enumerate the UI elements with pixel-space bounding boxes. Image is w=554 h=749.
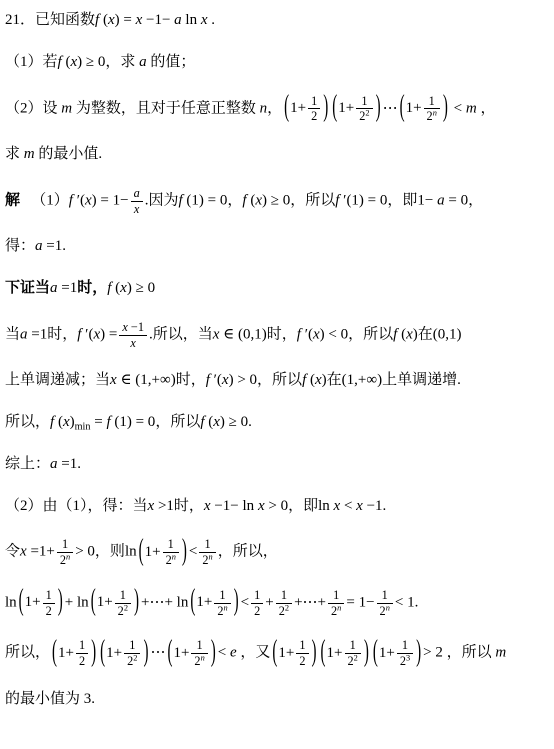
math-segment: 2n: [60, 553, 70, 567]
left-paren: (: [166, 631, 173, 676]
math-segment: 1: [333, 588, 339, 602]
fraction: 12: [296, 638, 308, 669]
left-paren: (: [138, 530, 145, 575]
math-segment: 1− a = 0: [417, 192, 468, 208]
math-segment: 1+: [173, 643, 189, 665]
math-segment: 1: [281, 588, 287, 602]
text-segment: .因为: [145, 192, 179, 208]
math-segment: 2: [133, 653, 137, 662]
text-segment: 时，: [267, 326, 297, 342]
math-segment: 1: [129, 638, 135, 652]
math-segment: 3: [406, 653, 410, 662]
fraction-denominator: 22: [124, 653, 140, 669]
text-segment: 求: [5, 146, 20, 162]
fraction: 122: [356, 94, 372, 125]
right-paren: ): [322, 86, 329, 131]
left-paren: (: [18, 581, 25, 626]
text-segment: （1）若: [5, 54, 58, 70]
math-segment: f (x): [302, 372, 327, 388]
left-paren: (: [189, 581, 196, 626]
document-line-solution-part2-start: （2）由（1），得：当x >1时，x −1− ln x > 0，即ln x < …: [5, 496, 548, 518]
math-segment: 1+: [145, 542, 161, 564]
superscript: n: [433, 109, 437, 118]
text-segment: ，: [267, 100, 282, 116]
right-paren: ): [233, 581, 240, 626]
fraction-numerator: 1: [345, 638, 361, 653]
left-paren: (: [99, 631, 106, 676]
parenthesized-group: (1+122): [99, 638, 149, 669]
math-segment: 22: [118, 604, 128, 618]
text-segment: ，: [227, 192, 242, 208]
text-segment: 的值；: [150, 54, 195, 70]
text-segment: ，所以: [447, 645, 492, 661]
text-segment: 在: [327, 372, 342, 388]
math-segment: n: [201, 653, 205, 662]
fraction-denominator: 2n: [377, 603, 393, 619]
fraction: 122: [115, 588, 131, 619]
math-segment: x: [134, 202, 139, 216]
math-segment: 2: [46, 604, 52, 618]
text-segment: .所以，当: [149, 326, 213, 342]
math-segment: 1: [120, 588, 126, 602]
parenthesized-group: (1+12): [51, 638, 97, 669]
fraction: ax: [131, 186, 143, 217]
superscript: n: [209, 552, 213, 561]
math-segment: + ln: [65, 594, 89, 610]
math-segment: 2n: [331, 604, 341, 618]
fraction: 12n: [191, 638, 207, 669]
math-segment: 1+: [25, 592, 41, 614]
fraction-denominator: 2n: [328, 603, 344, 619]
parenthesized-group: (1+123): [372, 638, 422, 669]
math-segment: n: [386, 603, 390, 612]
text-segment: ，所以: [257, 372, 302, 388]
text-segment: .: [62, 238, 66, 254]
text-segment: .: [91, 691, 95, 707]
math-segment: ln: [5, 594, 17, 610]
left-paren: (: [372, 631, 379, 676]
text-segment: ，即: [387, 192, 417, 208]
document-line-problem-heading: 21．已知函数f (x) = x −1− a ln x .: [5, 10, 548, 32]
text-segment: 得：: [5, 238, 35, 254]
text-segment: ，又: [240, 645, 270, 661]
math-segment: 1: [299, 638, 305, 652]
math-segment: x >1: [148, 498, 174, 514]
math-segment: = 1−: [346, 594, 374, 610]
right-paren: ): [311, 631, 318, 676]
math-segment: 2n: [202, 553, 212, 567]
math-segment: n: [433, 109, 437, 118]
fraction-denominator: 2: [43, 603, 55, 619]
text-segment: ，则: [95, 544, 125, 560]
math-segment: ln x < x −1: [318, 498, 382, 514]
fraction: 122: [276, 588, 292, 619]
parenthesized-group: (1+12n): [189, 588, 239, 619]
document-line-proof-monotonic-increase: 上单调递减；当x ∈ (1,+∞)时，f ′(x) > 0，所以f (x)在(1…: [5, 370, 548, 392]
math-segment: ⋯: [150, 645, 165, 661]
math-segment: 1: [62, 537, 68, 551]
fraction-numerator: 1: [76, 638, 88, 653]
math-segment: 1+: [106, 643, 122, 665]
math-segment: n: [209, 552, 213, 561]
fraction-denominator: 2n: [57, 552, 73, 568]
text-segment: 21．已知函数: [5, 12, 95, 28]
document-line-product-inequality: 所以，(1+12)(1+122)⋯(1+12n)< e ，又(1+12)(1+1…: [5, 638, 548, 669]
superscript: 2: [124, 603, 128, 612]
math-segment: a =1: [50, 280, 77, 296]
text-segment: 时，: [176, 372, 206, 388]
bold-text-segment: 解: [5, 192, 20, 208]
math-segment: x −1− ln x > 0: [204, 498, 288, 514]
parenthesized-group: (1+12): [271, 638, 317, 669]
fraction-numerator: 1: [43, 588, 55, 603]
text-segment: ，所以，: [218, 544, 278, 560]
right-paren: ): [442, 86, 449, 131]
fraction-numerator: 1: [163, 537, 179, 552]
math-segment: <: [241, 594, 249, 610]
fraction-numerator: 1: [356, 94, 372, 109]
text-segment: 所以，: [5, 645, 50, 661]
superscript: n: [337, 603, 341, 612]
right-paren: ): [133, 581, 140, 626]
math-segment: 1+: [290, 98, 306, 120]
parenthesized-group: (1+122): [331, 94, 381, 125]
fraction-numerator: 1: [296, 638, 308, 653]
fraction-numerator: a: [131, 186, 143, 201]
math-segment: 1: [350, 638, 356, 652]
fraction-numerator: 1: [191, 638, 207, 653]
math-segment: < e: [218, 645, 241, 661]
document-line-final-answer: 的最小值为 3.: [5, 689, 548, 711]
right-paren: ): [415, 631, 422, 676]
math-segment: ⋯: [383, 100, 398, 116]
text-segment: ，所以: [155, 414, 200, 430]
fraction: 122: [124, 638, 140, 669]
math-segment: m: [58, 100, 76, 116]
math-segment: 1+: [58, 643, 74, 665]
document-line-part2-question-cont: 求 m 的最小值.: [5, 144, 548, 166]
right-paren: ): [181, 530, 188, 575]
math-segment: n: [337, 603, 341, 612]
math-segment: 22: [359, 109, 369, 123]
math-segment: +⋯+: [294, 594, 326, 610]
bold-text-segment: 下证当: [5, 280, 50, 296]
math-segment: x: [130, 336, 135, 350]
fraction-denominator: 2: [308, 108, 320, 124]
superscript: 2: [365, 109, 369, 118]
subscript: min: [75, 422, 91, 433]
math-segment: x ∈ (1,+∞): [110, 372, 176, 388]
math-segment: 2: [79, 654, 85, 668]
fraction-denominator: 22: [276, 603, 292, 619]
text-segment: 综上：: [5, 456, 50, 472]
math-segment: 2: [311, 109, 317, 123]
math-segment: 1: [429, 94, 435, 108]
math-segment: f ′(1) = 0: [335, 192, 387, 208]
fraction: 122: [345, 638, 361, 669]
right-paren: ): [375, 86, 382, 131]
text-segment: .: [77, 456, 81, 472]
fraction-denominator: 22: [345, 653, 361, 669]
math-segment: > 2: [423, 645, 446, 661]
math-segment: 2n: [166, 553, 176, 567]
math-segment: < m: [450, 100, 481, 116]
fraction-denominator: 2n: [214, 603, 230, 619]
fraction-numerator: 1: [214, 588, 230, 603]
math-segment: 1: [197, 638, 203, 652]
math-segment: 1+: [327, 643, 343, 665]
math-segment: n: [256, 100, 267, 116]
math-segment: 2n: [194, 654, 204, 668]
right-paren: ): [90, 631, 97, 676]
text-segment: （2）设: [5, 100, 58, 116]
text-segment: .: [248, 414, 252, 430]
fraction: 12: [43, 588, 55, 619]
fraction: 12n: [199, 537, 215, 568]
math-segment: n: [223, 603, 227, 612]
right-paren: ): [210, 631, 217, 676]
right-paren: ): [142, 631, 149, 676]
superscript: 2: [133, 653, 137, 662]
math-segment: 23: [400, 654, 410, 668]
parenthesized-group: (1+12): [18, 588, 64, 619]
math-segment: f (x) ≥ 0: [242, 192, 290, 208]
text-segment: 时，: [174, 498, 204, 514]
math-segment: 2: [285, 603, 289, 612]
math-segment: f (1) = 0: [179, 192, 228, 208]
math-segment: 2n: [217, 604, 227, 618]
parenthesized-group: (1+122): [320, 638, 370, 669]
document-line-solution-part1-derivative: 解 （1）f ′(x) = 1−ax.因为f (1) = 0，f (x) ≥ 0…: [5, 186, 548, 217]
fraction-numerator: x −1: [119, 320, 147, 335]
fraction: 12: [308, 94, 320, 125]
superscript: n: [201, 653, 205, 662]
fraction: 12: [251, 588, 263, 619]
math-segment: +⋯+ ln: [141, 594, 188, 610]
fraction-denominator: 2n: [163, 552, 179, 568]
document-line-solution-part1-result: 得：a =1.: [5, 236, 548, 258]
math-segment: x −1: [122, 320, 144, 334]
math-segment: f (x) = x −1− a ln x: [95, 12, 208, 28]
math-segment: 2n: [427, 109, 437, 123]
math-segment: 2: [354, 653, 358, 662]
math-segment: (0,1): [433, 326, 462, 342]
math-segment: 1: [402, 638, 408, 652]
math-segment: x =1+: [20, 544, 55, 560]
math-segment: 3: [80, 691, 91, 707]
fraction: 12n: [57, 537, 73, 568]
parenthesized-group: (1+12n): [166, 638, 216, 669]
left-paren: (: [271, 631, 278, 676]
fraction-numerator: 1: [424, 94, 440, 109]
fraction-denominator: 2: [251, 603, 263, 619]
math-segment: min: [75, 422, 91, 433]
text-segment: 当: [5, 326, 20, 342]
math-segment: a =1: [50, 456, 77, 472]
document-line-conclusion-part1: 综上：a =1.: [5, 454, 548, 476]
math-segment: 1: [254, 588, 260, 602]
fraction: x −1x: [119, 320, 147, 351]
math-segment: f ′(x) =: [77, 326, 117, 342]
document-line-substitution-step: 令x =1+12n> 0，则ln(1+12n)<12n，所以，: [5, 537, 548, 568]
left-paren: (: [51, 631, 58, 676]
fraction-denominator: 22: [115, 603, 131, 619]
text-segment: 令: [5, 544, 20, 560]
math-segment: 2: [254, 604, 260, 618]
left-paren: (: [283, 86, 290, 131]
right-paren: ): [57, 581, 64, 626]
superscript: n: [386, 603, 390, 612]
superscript: n: [66, 552, 70, 561]
fraction-denominator: 23: [397, 653, 413, 669]
math-segment: 1: [361, 94, 367, 108]
left-paren: (: [331, 86, 338, 131]
math-segment: f ′(x) < 0: [297, 326, 348, 342]
fraction-numerator: 1: [115, 588, 131, 603]
fraction-denominator: 2: [296, 653, 308, 669]
math-segment: 2: [365, 109, 369, 118]
text-segment: .: [415, 594, 419, 610]
fraction-numerator: 1: [328, 588, 344, 603]
math-segment: 2n: [380, 604, 390, 618]
document-line-part2-question: （2）设 m 为整数，且对于任意正整数 n，(1+12)(1+122)⋯(1+1…: [5, 94, 548, 125]
math-segment: 1+: [278, 643, 294, 665]
fraction-numerator: 1: [124, 638, 140, 653]
math-segment: m: [492, 645, 507, 661]
math-segment: a: [134, 186, 140, 200]
math-segment: f (x): [393, 326, 418, 342]
math-segment: a =1: [20, 326, 47, 342]
math-segment: > 0: [75, 544, 95, 560]
math-segment: f (x) ≥ 0: [200, 414, 248, 430]
text-segment: 为整数，且对于任意正整数: [76, 100, 256, 116]
text-segment: .: [208, 12, 216, 28]
math-segment: 22: [348, 654, 358, 668]
fraction: 12n: [328, 588, 344, 619]
fraction-numerator: 1: [57, 537, 73, 552]
text-segment: 的最小值为: [5, 691, 80, 707]
parenthesized-group: (1+12n): [138, 537, 188, 568]
math-segment: m: [20, 146, 38, 162]
text-segment: ，所以: [348, 326, 393, 342]
parenthesized-group: (1+12n): [399, 94, 449, 125]
math-segment: 22: [127, 654, 137, 668]
fraction: 123: [397, 638, 413, 669]
math-segment: 1: [382, 588, 388, 602]
math-segment: < 1: [395, 594, 415, 610]
math-segment: 1+: [97, 592, 113, 614]
fraction-denominator: 2: [76, 653, 88, 669]
superscript: n: [172, 552, 176, 561]
document-line-part1-question: （1）若f (x) ≥ 0，求 a 的值；: [5, 52, 548, 74]
text-segment: ，所以: [290, 192, 335, 208]
text-segment: 在: [418, 326, 433, 342]
math-segment: ln: [125, 544, 137, 560]
text-segment: .: [383, 498, 387, 514]
right-paren: ): [363, 631, 370, 676]
text-segment: ，: [468, 192, 483, 208]
text-segment: 上单调递减；当: [5, 372, 110, 388]
text-segment: ，求: [105, 54, 135, 70]
text-segment: 上单调递增.: [382, 372, 461, 388]
math-segment: 1+: [338, 98, 354, 120]
math-segment: 22: [279, 604, 289, 618]
math-segment: 1: [219, 588, 225, 602]
superscript: n: [223, 603, 227, 612]
fraction-numerator: 1: [308, 94, 320, 109]
math-segment: +: [265, 594, 273, 610]
math-segment: 2: [299, 654, 305, 668]
superscript: 2: [354, 653, 358, 662]
text-segment: （1）: [20, 192, 69, 208]
fraction-numerator: 1: [397, 638, 413, 653]
fraction-numerator: 1: [199, 537, 215, 552]
fraction: 12n: [214, 588, 230, 619]
math-segment: <: [189, 544, 197, 560]
text-segment: ，: [480, 100, 495, 116]
document-line-proof-monotonic-decrease: 当a =1时，f ′(x) =x −1x.所以，当x ∈ (0,1)时，f ′(…: [5, 320, 548, 351]
math-document: 21．已知函数f (x) = x −1− a ln x .（1）若f (x) ≥…: [0, 0, 554, 749]
math-segment: (1,+∞): [342, 372, 382, 388]
math-segment: f ′(x) > 0: [206, 372, 257, 388]
math-segment: x ∈ (0,1): [213, 326, 267, 342]
parenthesized-group: (1+12): [283, 94, 329, 125]
fraction-denominator: x: [131, 201, 143, 217]
document-line-log-sum-inequality: ln(1+12)+ ln(1+122)+⋯+ ln(1+12n)<12+122+…: [5, 588, 548, 619]
document-line-proof-claim: 下证当a =1时，f (x) ≥ 0: [5, 278, 548, 300]
fraction-denominator: 2n: [199, 552, 215, 568]
text-segment: 所以，: [5, 414, 50, 430]
math-segment: 2: [124, 603, 128, 612]
fraction-numerator: 1: [377, 588, 393, 603]
math-segment: 1: [168, 537, 174, 551]
parenthesized-group: (1+122): [90, 588, 140, 619]
math-segment: 1: [46, 588, 52, 602]
math-segment: 1: [311, 94, 317, 108]
left-paren: (: [90, 581, 97, 626]
text-segment: 时，: [47, 326, 77, 342]
fraction-denominator: 22: [356, 108, 372, 124]
math-segment: n: [66, 552, 70, 561]
math-segment: f (x)min = f (1) = 0: [50, 414, 155, 430]
fraction: 12n: [377, 588, 393, 619]
text-segment: 的最小值.: [38, 146, 102, 162]
left-paren: (: [320, 631, 327, 676]
math-segment: 1+: [406, 98, 422, 120]
math-segment: f (x) ≥ 0: [58, 54, 106, 70]
math-segment: f (x) ≥ 0: [107, 280, 155, 296]
fraction-denominator: 2n: [424, 108, 440, 124]
fraction-numerator: 1: [276, 588, 292, 603]
fraction: 12n: [424, 94, 440, 125]
bold-text-segment: 时，: [77, 280, 107, 296]
math-segment: 1+: [196, 592, 212, 614]
left-paren: (: [399, 86, 406, 131]
fraction-denominator: x: [119, 335, 147, 351]
superscript: 2: [285, 603, 289, 612]
fraction-numerator: 1: [251, 588, 263, 603]
text-segment: ，即: [288, 498, 318, 514]
fraction: 12n: [163, 537, 179, 568]
fraction-denominator: 2n: [191, 653, 207, 669]
math-segment: 1: [204, 537, 210, 551]
document-line-proof-minimum: 所以，f (x)min = f (1) = 0，所以f (x) ≥ 0.: [5, 412, 548, 434]
math-segment: f ′(x) = 1−: [69, 192, 129, 208]
math-segment: 1+: [379, 643, 395, 665]
math-segment: a: [135, 54, 150, 70]
math-segment: 1: [79, 638, 85, 652]
math-segment: a =1: [35, 238, 62, 254]
